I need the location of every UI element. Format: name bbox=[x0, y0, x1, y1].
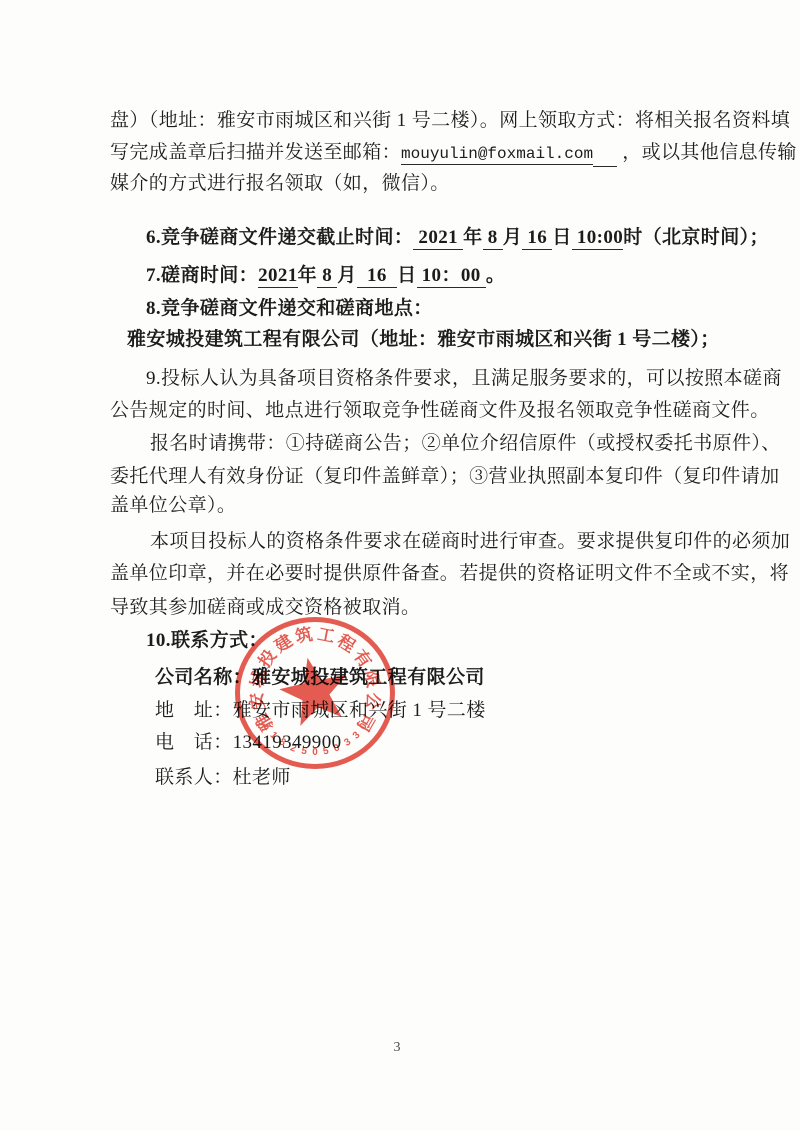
item7-year: 2021 bbox=[258, 265, 298, 288]
seal-company-char: 工 bbox=[315, 625, 336, 648]
contact-phone: 电 话：13419349900 bbox=[155, 731, 342, 755]
para1-line2: 写完成盖章后扫描并发送至邮箱：mouyulin@foxmail.com ，或以其… bbox=[110, 141, 797, 167]
item6-day: 16 bbox=[522, 227, 552, 250]
item9-line1: 9.投标人认为具备项目资格条件要求，且满足服务要求的，可以按照本磋商 bbox=[146, 367, 782, 391]
item7-year-unit: 年 bbox=[298, 265, 317, 286]
item6-time: 10:00 bbox=[572, 227, 623, 250]
item6-label: 6.竞争磋商文件递交截止时间： bbox=[146, 227, 413, 248]
seal-star-icon bbox=[268, 646, 363, 741]
bring-line2: 委托代理人有效身份证（复印件盖鲜章）；③营业执照副本复印件（复印件请加 bbox=[110, 465, 780, 489]
item9-line2: 公告规定的时间、地点进行领取竞争性磋商文件及报名领取竞争性磋商文件。 bbox=[110, 399, 770, 423]
seal-code-digit: 3 bbox=[350, 730, 363, 743]
item6-month: 8 bbox=[483, 227, 503, 250]
item6-year: 2021 bbox=[413, 227, 463, 250]
seal-code-digit: 0 bbox=[358, 721, 371, 733]
review-line3: 导致其参加磋商或成交资格被取消。 bbox=[110, 596, 420, 620]
contact-person: 联系人：杜老师 bbox=[155, 766, 291, 790]
item6-deadline: 6.竞争磋商文件递交截止时间： 2021 年 8 月 16 日 10:00时（北… bbox=[146, 226, 769, 250]
seal-company-char: 建 bbox=[271, 631, 297, 658]
item7-suffix: 。 bbox=[486, 265, 505, 286]
para1-line3: 媒介的方式进行报名领取（如，微信）。 bbox=[110, 172, 450, 196]
seal-company-char: 筑 bbox=[293, 625, 314, 648]
item10-contact-heading: 10.联系方式： bbox=[146, 629, 268, 653]
email-address: mouyulin@foxmail.com bbox=[401, 145, 593, 165]
para1-line2-post: ，或以其他信息传输 bbox=[617, 142, 797, 163]
email-underline-pad bbox=[593, 148, 617, 167]
item7-month: 8 bbox=[317, 265, 337, 288]
item6-suffix: 时（北京时间）； bbox=[623, 227, 769, 248]
item7-time: 10：00 bbox=[417, 265, 486, 288]
contact-company: 公司名称：雅安城投建筑工程有限公司 bbox=[155, 666, 485, 690]
item7-day: 16 bbox=[357, 265, 397, 288]
item7-month-unit: 月 bbox=[337, 265, 356, 286]
item6-month-unit: 月 bbox=[503, 227, 522, 248]
item8-venue: 雅安城投建筑工程有限公司（地址：雅安市雨城区和兴街 1 号二楼）； bbox=[127, 328, 720, 352]
contact-address: 地 址：雅安市雨城区和兴街 1 号二楼 bbox=[155, 699, 486, 723]
document-page: 盘）（地址：雅安市雨城区和兴街 1 号二楼）。网上领取方式：将相关报名资料填 写… bbox=[0, 0, 800, 1131]
item7-negotiation-time: 7.磋商时间：2021年 8 月 16 日 10：00 。 bbox=[146, 264, 505, 288]
seal-code-digit: 3 bbox=[342, 737, 354, 750]
review-line1: 本项目投标人的资格条件要求在磋商时进行审查。要求提供复印件的必须加 bbox=[150, 530, 790, 554]
item7-day-unit: 日 bbox=[397, 265, 416, 286]
item8-location-heading: 8.竞争磋商文件递交和磋商地点： bbox=[146, 297, 433, 321]
bring-line3: 盖单位公章）。 bbox=[110, 494, 236, 518]
item6-year-unit: 年 bbox=[463, 227, 482, 248]
page-number: 3 bbox=[0, 1040, 794, 1056]
para1-line1: 盘）（地址：雅安市雨城区和兴街 1 号二楼）。网上领取方式：将相关报名资料填 bbox=[110, 109, 790, 133]
seal-company-char: 程 bbox=[333, 631, 359, 658]
item6-day-unit: 日 bbox=[552, 227, 571, 248]
review-line2: 盖单位印章，并在必要时提供原件备查。若提供的资格证明文件不全或不实，将 bbox=[110, 562, 789, 586]
para1-line2-pre: 写完成盖章后扫描并发送至邮箱： bbox=[110, 142, 401, 163]
item7-label: 7.磋商时间： bbox=[146, 265, 258, 286]
bring-line1: 报名时请携带：①持磋商公告；②单位介绍信原件（或授权委托书原件）、 bbox=[150, 432, 781, 456]
